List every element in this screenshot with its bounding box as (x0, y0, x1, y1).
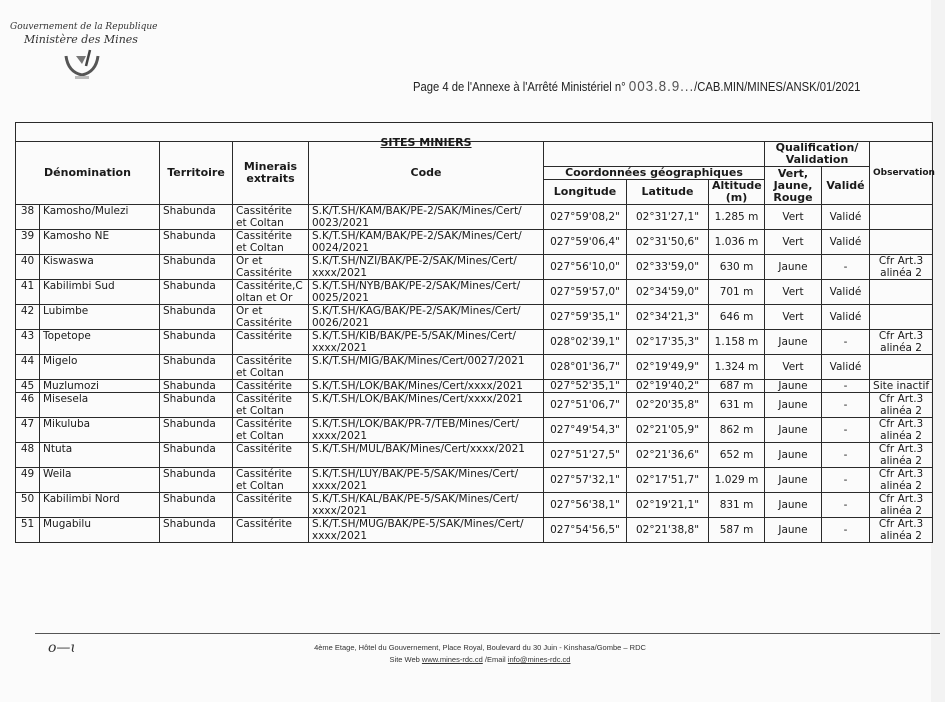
row-number: 46 (16, 393, 40, 418)
page-reference: Page 4 de l'Annexe à l'Arrêté Ministérie… (413, 78, 860, 95)
territoire: Shabunda (160, 355, 233, 380)
table-row: 51MugabiluShabundaCassitériteS.K/T.SH/MU… (16, 518, 933, 543)
observation: Cfr Art.3 alinéa 2 (870, 330, 933, 355)
validation-status: - (822, 255, 870, 280)
territoire: Shabunda (160, 393, 233, 418)
row-number: 44 (16, 355, 40, 380)
site-code: S.K/T.SH/KAM/BAK/PE-2/SAK/Mines/Cert/ 00… (309, 230, 544, 255)
observation: Cfr Art.3 alinéa 2 (870, 468, 933, 493)
qualification-color: Jaune (765, 443, 822, 468)
minerals: Cassitérite et Coltan (233, 205, 309, 230)
row-number: 50 (16, 493, 40, 518)
validation-status: Validé (822, 305, 870, 330)
altitude: 687 m (709, 380, 765, 393)
latitude: 02°34'21,3" (627, 305, 709, 330)
latitude: 02°19'21,1" (627, 493, 709, 518)
site-name: Kabilimbi Nord (40, 493, 160, 518)
validation-status: - (822, 330, 870, 355)
altitude: 1.029 m (709, 468, 765, 493)
site-name: Misesela (40, 393, 160, 418)
territoire: Shabunda (160, 255, 233, 280)
observation: Cfr Art.3 alinéa 2 (870, 493, 933, 518)
longitude: 027°59'35,1" (544, 305, 627, 330)
altitude: 862 m (709, 418, 765, 443)
footer-web-label: Site Web (390, 655, 420, 664)
site-name: Topetope (40, 330, 160, 355)
row-number: 47 (16, 418, 40, 443)
validation-status: - (822, 393, 870, 418)
latitude: 02°19'40,2" (627, 380, 709, 393)
altitude: 1.036 m (709, 230, 765, 255)
altitude: 646 m (709, 305, 765, 330)
header-minerais: Minerais extraits (233, 142, 309, 205)
validation-status: - (822, 468, 870, 493)
table-row: 38Kamosho/MuleziShabundaCassitérite et C… (16, 205, 933, 230)
altitude: 631 m (709, 393, 765, 418)
site-name: Kiswaswa (40, 255, 160, 280)
qualification-color: Jaune (765, 418, 822, 443)
territoire: Shabunda (160, 468, 233, 493)
qualification-color: Jaune (765, 493, 822, 518)
table-row: 39Kamosho NEShabundaCassitérite et Colta… (16, 230, 933, 255)
site-code: S.K/T.SH/NYB/BAK/PE-2/SAK/Mines/Cert/ 00… (309, 280, 544, 305)
site-name: Kamosho/Mulezi (40, 205, 160, 230)
longitude: 027°51'06,7" (544, 393, 627, 418)
minerals: Cassitérite et Coltan (233, 230, 309, 255)
row-number: 45 (16, 380, 40, 393)
site-name: Lubimbe (40, 305, 160, 330)
longitude: 027°49'54,3" (544, 418, 627, 443)
row-number: 51 (16, 518, 40, 543)
longitude: 027°59'06,4" (544, 230, 627, 255)
footer-email-label: /Email (485, 655, 506, 664)
qualification-color: Jaune (765, 330, 822, 355)
site-code: S.K/T.SH/MUG/BAK/PE-5/SAK/Mines/Cert/ xx… (309, 518, 544, 543)
row-number: 49 (16, 468, 40, 493)
qualification-color: Vert (765, 280, 822, 305)
table-row: 46MiseselaShabundaCassitérite et ColtanS… (16, 393, 933, 418)
row-number: 48 (16, 443, 40, 468)
observation: Cfr Art.3 alinéa 2 (870, 518, 933, 543)
header-territoire: Territoire (160, 142, 233, 205)
site-code: S.K/T.SH/LOK/BAK/Mines/Cert/xxxx/2021 (309, 393, 544, 418)
validation-status: - (822, 443, 870, 468)
latitude: 02°31'50,6" (627, 230, 709, 255)
longitude: 027°57'32,1" (544, 468, 627, 493)
coat-of-arms-icon (62, 48, 102, 82)
latitude: 02°17'35,3" (627, 330, 709, 355)
territoire: Shabunda (160, 418, 233, 443)
table-row: 40KiswaswaShabundaOr et CassitériteS.K/T… (16, 255, 933, 280)
header-row-1: Dénomination Territoire Minerais extrait… (16, 142, 933, 167)
longitude: 027°59'08,2" (544, 205, 627, 230)
latitude: 02°17'51,7" (627, 468, 709, 493)
longitude: 027°56'10,0" (544, 255, 627, 280)
validation-status: Validé (822, 230, 870, 255)
validation-status: Validé (822, 280, 870, 305)
row-number: 43 (16, 330, 40, 355)
longitude: 028°02'39,1" (544, 330, 627, 355)
latitude: 02°21'05,9" (627, 418, 709, 443)
territoire: Shabunda (160, 443, 233, 468)
longitude: 027°59'57,0" (544, 280, 627, 305)
footer-email-link[interactable]: info@mines-rdc.cd (508, 655, 571, 664)
latitude: 02°20'35,8" (627, 393, 709, 418)
site-code: S.K/T.SH/LOK/BAK/PR-7/TEB/Mines/Cert/ xx… (309, 418, 544, 443)
row-number: 41 (16, 280, 40, 305)
qualification-color: Vert (765, 205, 822, 230)
qualification-color: Vert (765, 230, 822, 255)
site-code: S.K/T.SH/KAM/BAK/PE-2/SAK/Mines/Cert/ 00… (309, 205, 544, 230)
header-denomination: Dénomination (16, 142, 160, 205)
row-number: 39 (16, 230, 40, 255)
letterhead-government: Gouvernement de la Republique (10, 22, 160, 32)
validation-status: - (822, 380, 870, 393)
site-code: S.K/T.SH/KAG/BAK/PE-2/SAK/Mines/Cert/ 00… (309, 305, 544, 330)
footer-website-link[interactable]: www.mines-rdc.cd (422, 655, 483, 664)
letterhead-ministry: Ministère des Mines (24, 33, 160, 46)
qualification-color: Vert (765, 305, 822, 330)
territoire: Shabunda (160, 205, 233, 230)
longitude: 027°52'35,1" (544, 380, 627, 393)
observation: Cfr Art.3 alinéa 2 (870, 443, 933, 468)
site-code: S.K/T.SH/KAL/BAK/PE-5/SAK/Mines/Cert/ xx… (309, 493, 544, 518)
site-name: Migelo (40, 355, 160, 380)
header-valide: Validé (822, 167, 870, 205)
header-code: SITES MINIERS Code (309, 142, 544, 205)
latitude: 02°19'49,9" (627, 355, 709, 380)
altitude: 587 m (709, 518, 765, 543)
footer: 4ème Etage, Hôtel du Gouvernement, Place… (280, 642, 680, 666)
validation-status: - (822, 518, 870, 543)
site-name: Ntuta (40, 443, 160, 468)
latitude: 02°34'59,0" (627, 280, 709, 305)
site-code: S.K/T.SH/KIB/BAK/PE-5/SAK/Mines/Cert/ xx… (309, 330, 544, 355)
group-title-sites-miniers: SITES MINIERS (312, 137, 540, 149)
minerals: Or et Cassitérite (233, 255, 309, 280)
site-code: S.K/T.SH/NZI/BAK/PE-2/SAK/Mines/Cert/ xx… (309, 255, 544, 280)
observation (870, 305, 933, 330)
qualification-color: Jaune (765, 518, 822, 543)
header-couleur: Vert, Jaune, Rouge (765, 167, 822, 205)
observation: Cfr Art.3 alinéa 2 (870, 393, 933, 418)
territoire: Shabunda (160, 380, 233, 393)
table-row: 44MigeloShabundaCassitérite et ColtanS.K… (16, 355, 933, 380)
table-row: 45MuzlumoziShabundaCassitériteS.K/T.SH/L… (16, 380, 933, 393)
altitude: 630 m (709, 255, 765, 280)
minerals: Cassitérite (233, 493, 309, 518)
site-code: S.K/T.SH/MIG/BAK/Mines/Cert/0027/2021 (309, 355, 544, 380)
qualification-color: Jaune (765, 468, 822, 493)
table-row: 43TopetopeShabundaCassitériteS.K/T.SH/KI… (16, 330, 933, 355)
territoire: Shabunda (160, 518, 233, 543)
site-code: S.K/T.SH/LOK/BAK/Mines/Cert/xxxx/2021 (309, 380, 544, 393)
table-row: 41Kabilimbi SudShabundaCassitérite,C olt… (16, 280, 933, 305)
altitude: 1.324 m (709, 355, 765, 380)
validation-status: - (822, 418, 870, 443)
minerals: Cassitérite et Coltan (233, 468, 309, 493)
latitude: 02°33'59,0" (627, 255, 709, 280)
table-row: 50Kabilimbi NordShabundaCassitériteS.K/T… (16, 493, 933, 518)
altitude: 831 m (709, 493, 765, 518)
territoire: Shabunda (160, 493, 233, 518)
decree-number: 003.8.9... (629, 78, 694, 95)
minerals: Cassitérite,C oltan et Or (233, 280, 309, 305)
site-name: Weila (40, 468, 160, 493)
qualification-color: Jaune (765, 255, 822, 280)
territoire: Shabunda (160, 280, 233, 305)
longitude: 028°01'36,7" (544, 355, 627, 380)
longitude: 027°51'27,5" (544, 443, 627, 468)
row-number: 42 (16, 305, 40, 330)
validation-status: Validé (822, 355, 870, 380)
header-latitude: Latitude (627, 180, 709, 205)
observation (870, 230, 933, 255)
site-code: S.K/T.SH/LUY/BAK/PE-5/SAK/Mines/Cert/ xx… (309, 468, 544, 493)
site-code: S.K/T.SH/MUL/BAK/Mines/Cert/xxxx/2021 (309, 443, 544, 468)
site-name: Mugabilu (40, 518, 160, 543)
row-number: 40 (16, 255, 40, 280)
territoire: Shabunda (160, 230, 233, 255)
signature-initials: o—ɩ (48, 640, 76, 656)
minerals: Cassitérite et Coltan (233, 393, 309, 418)
observation (870, 355, 933, 380)
observation (870, 205, 933, 230)
header-qualification: Qualification/ Validation (765, 142, 870, 167)
footer-divider (35, 633, 940, 634)
table-row: 48NtutaShabundaCassitériteS.K/T.SH/MUL/B… (16, 443, 933, 468)
validation-status: Validé (822, 205, 870, 230)
site-name: Kamosho NE (40, 230, 160, 255)
altitude: 701 m (709, 280, 765, 305)
observation: Site inactif (870, 380, 933, 393)
letterhead: Gouvernement de la Republique Ministère … (10, 22, 160, 86)
site-name: Kabilimbi Sud (40, 280, 160, 305)
observation: Cfr Art.3 alinéa 2 (870, 418, 933, 443)
header-longitude: Longitude (544, 180, 627, 205)
mining-sites-table: Dénomination Territoire Minerais extrait… (15, 122, 932, 543)
minerals: Cassitérite (233, 518, 309, 543)
altitude: 652 m (709, 443, 765, 468)
observation: Cfr Art.3 alinéa 2 (870, 255, 933, 280)
latitude: 02°31'27,1" (627, 205, 709, 230)
territoire: Shabunda (160, 330, 233, 355)
table-row: 42LubimbeShabundaOr et CassitériteS.K/T.… (16, 305, 933, 330)
site-name: Mikuluba (40, 418, 160, 443)
minerals: Cassitérite (233, 380, 309, 393)
table-row: 49WeilaShabundaCassitérite et ColtanS.K/… (16, 468, 933, 493)
latitude: 02°21'38,8" (627, 518, 709, 543)
validation-status: - (822, 493, 870, 518)
longitude: 027°54'56,5" (544, 518, 627, 543)
minerals: Cassitérite et Coltan (233, 418, 309, 443)
territoire: Shabunda (160, 305, 233, 330)
header-coords-spacer (544, 142, 765, 167)
latitude: 02°21'36,6" (627, 443, 709, 468)
header-code-label: Code (411, 166, 442, 179)
site-name: Muzlumozi (40, 380, 160, 393)
minerals: Cassitérite (233, 443, 309, 468)
qualification-color: Vert (765, 355, 822, 380)
table-row: 47MikulubaShabundaCassitérite et ColtanS… (16, 418, 933, 443)
observation (870, 280, 933, 305)
qualification-color: Jaune (765, 393, 822, 418)
altitude: 1.158 m (709, 330, 765, 355)
qualification-color: Jaune (765, 380, 822, 393)
header-observation: Observation (870, 142, 933, 205)
row-number: 38 (16, 205, 40, 230)
header-coordonnees: Coordonnées géographiques (544, 167, 765, 180)
altitude: 1.285 m (709, 205, 765, 230)
page-ref-suffix: /CAB.MIN/MINES/ANSK/01/2021 (694, 80, 860, 94)
minerals: Or et Cassitérite (233, 305, 309, 330)
footer-address: 4ème Etage, Hôtel du Gouvernement, Place… (280, 642, 680, 654)
minerals: Cassitérite (233, 330, 309, 355)
page-ref-prefix: Page 4 de l'Annexe à l'Arrêté Ministérie… (413, 80, 626, 94)
longitude: 027°56'38,1" (544, 493, 627, 518)
header-altitude: Altitude (m) (709, 180, 765, 205)
minerals: Cassitérite et Coltan (233, 355, 309, 380)
